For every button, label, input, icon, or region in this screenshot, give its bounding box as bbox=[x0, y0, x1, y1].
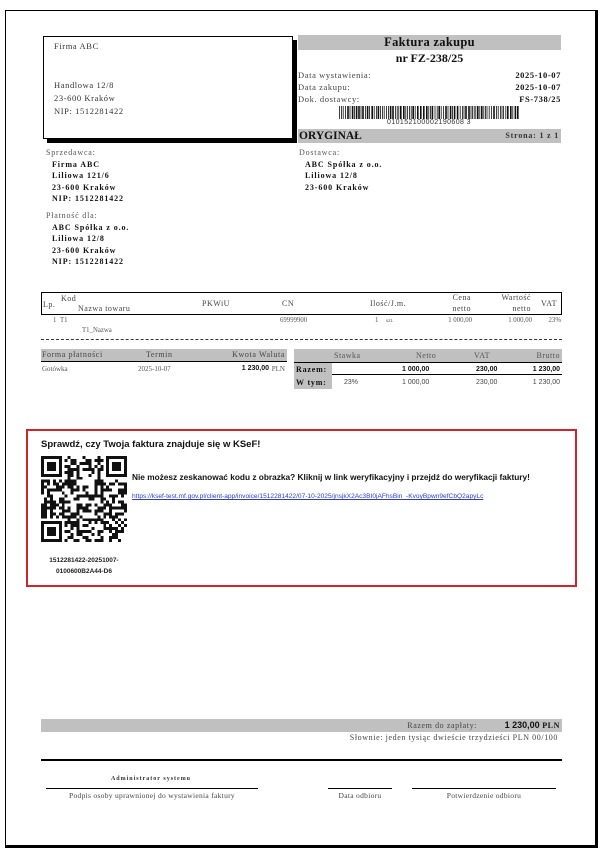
supplier-street: Liliowa 12/8 bbox=[305, 170, 382, 181]
col-value-2: netto bbox=[513, 304, 532, 313]
total-due-amount: 1 230,00 bbox=[505, 720, 540, 730]
supplier-city: 23-600 Kraków bbox=[305, 182, 382, 193]
total-due-currency: PLN bbox=[542, 721, 560, 730]
receipt-date-line bbox=[328, 788, 392, 789]
col-value-1: Wartość bbox=[501, 293, 531, 302]
supplier-block: Dostawca: ABC Spółka z o.o. Liliowa 12/8… bbox=[299, 148, 382, 193]
col-name: Nazwa towaru bbox=[78, 304, 130, 313]
vat-breakdown-net: 1 000,00 bbox=[402, 376, 429, 389]
amount-in-words: Słownie: jeden tysiąc dwieście trzydzieś… bbox=[350, 733, 558, 742]
seller-city: 23-600 Kraków bbox=[52, 182, 124, 193]
issue-date-value: 2025-10-07 bbox=[515, 69, 561, 81]
col-lp: Lp. bbox=[43, 300, 55, 309]
ksef-message: Nie możesz zeskanować kodu z obrazka? Kl… bbox=[132, 472, 530, 482]
document-number: nr FZ-238/25 bbox=[298, 51, 561, 66]
supplier-name: ABC Spółka z o.o. bbox=[305, 159, 382, 170]
vat-breakdown-row: W tym: 23% 1 000,00 230,00 1 230,00 bbox=[294, 376, 562, 389]
items-divider bbox=[41, 339, 562, 340]
vat-col-vat: VAT bbox=[474, 349, 490, 362]
purchase-date-value: 2025-10-07 bbox=[515, 81, 561, 93]
total-due-bar: Razem do zapłaty: 1 230,00 PLN bbox=[41, 719, 562, 732]
pay-currency: PLN bbox=[272, 363, 285, 375]
item-price: 1 000,00 bbox=[448, 317, 472, 324]
document-title: Faktura zakupu bbox=[298, 35, 561, 50]
page-indicator: Strona: 1 z 1 bbox=[505, 129, 559, 143]
vat-table-header: Stawka Netto VAT Brutto bbox=[294, 349, 562, 362]
vat-breakdown-vat: 230,00 bbox=[476, 376, 497, 389]
total-due-value: 1 230,00 PLN bbox=[505, 719, 560, 732]
seller-label: Sprzedawca: bbox=[46, 148, 124, 157]
supplier-label: Dostawca: bbox=[299, 148, 382, 157]
issue-date-label: Data wystawienia: bbox=[298, 70, 371, 80]
ksef-code-line-2: 0100600B2A44-D6 bbox=[34, 566, 134, 577]
item-unit: szt. bbox=[386, 317, 394, 324]
col-code: Kod bbox=[61, 294, 76, 303]
original-bar: ORYGINAŁ Strona: 1 z 1 bbox=[298, 129, 561, 143]
issuer-signature-line bbox=[46, 788, 258, 789]
issue-date-row: Data wystawienia: 2025-10-07 bbox=[298, 69, 561, 81]
seller-street: Liliowa 121/6 bbox=[52, 170, 124, 181]
purchase-date-row: Data zakupu: 2025-10-07 bbox=[298, 81, 561, 93]
payee-name: ABC Spółka z o.o. bbox=[52, 222, 129, 233]
vat-col-rate: Stawka bbox=[334, 349, 361, 362]
table-row: Gotówka 2025-10-07 1 230,00 PLN bbox=[41, 363, 287, 375]
receipt-confirmation-line bbox=[412, 788, 556, 789]
col-qty: Ilość/J.m. bbox=[370, 299, 406, 308]
invoice-page: Firma ABC Handlowa 12/8 23-600 Kraków NI… bbox=[5, 10, 598, 848]
item-code: T1 bbox=[60, 317, 68, 324]
seller-name: Firma ABC bbox=[52, 159, 124, 170]
vat-total-row: Razem: 1 000,00 230,00 1 230,00 bbox=[294, 362, 562, 375]
vat-total-label: Razem: bbox=[294, 363, 332, 376]
item-vat: 23% bbox=[549, 317, 561, 324]
pay-due: 2025-10-07 bbox=[138, 363, 171, 375]
col-vat: VAT bbox=[541, 299, 557, 308]
col-price-2: netto bbox=[453, 304, 472, 313]
payee-nip: NIP: 1512281422 bbox=[52, 256, 129, 267]
ksef-code-line-1: 1512281422-20251007- bbox=[34, 555, 134, 566]
item-value: 1 000,00 bbox=[508, 317, 532, 324]
vat-col-net: Netto bbox=[416, 349, 436, 362]
ksef-title: Sprawdź, czy Twoja faktura znajduje się … bbox=[41, 439, 260, 450]
item-name: T1_Nazwa bbox=[82, 327, 112, 334]
vat-col-gross: Brutto bbox=[537, 349, 560, 362]
receipt-date-caption: Data odbioru bbox=[328, 791, 392, 800]
payee-street: Liliowa 12/8 bbox=[52, 233, 129, 244]
vat-total-net: 1 000,00 bbox=[402, 363, 429, 376]
pay-method: Gotówka bbox=[42, 363, 68, 375]
recipient-street: Handlowa 12/8 bbox=[54, 79, 282, 92]
supplier-doc-row: Dok. dostawcy: FS-738/25 bbox=[298, 93, 561, 105]
payee-block: Płatność dla: ABC Spółka z o.o. Liliowa … bbox=[46, 211, 129, 267]
payee-city: 23-600 Kraków bbox=[52, 245, 129, 256]
items-table-header: Lp. Kod Nazwa towaru PKWiU CN Ilość/J.m.… bbox=[41, 292, 562, 315]
payment-table-header: Forma płatności Termin Kwota Waluta bbox=[41, 349, 287, 362]
seller-nip: NIP: 1512281422 bbox=[52, 193, 124, 204]
col-cn: CN bbox=[282, 299, 294, 308]
qr-code-icon bbox=[41, 456, 127, 542]
receipt-confirmation-caption: Potwierdzenie odbioru bbox=[412, 791, 556, 800]
issuer-name: Administrator systemu bbox=[46, 776, 256, 782]
issuer-caption: Podpis osoby uprawnionej do wystawienia … bbox=[46, 791, 258, 800]
ksef-verification-box: Sprawdź, czy Twoja faktura znajduje się … bbox=[26, 429, 577, 587]
recipient-name: Firma ABC bbox=[54, 40, 282, 53]
item-qty: 1 bbox=[375, 317, 378, 324]
ksef-invoice-code: 1512281422-20251007- 0100600B2A44-D6 bbox=[34, 555, 134, 577]
signature-divider bbox=[41, 759, 562, 761]
vat-total-gross: 1 230,00 bbox=[533, 363, 560, 376]
col-price-1: Cena bbox=[453, 293, 471, 302]
ksef-verification-link[interactable]: https://ksef-test.mf.gov.pl/client-app/i… bbox=[132, 492, 562, 502]
item-lp: 1 bbox=[53, 317, 56, 324]
item-cn: 69999900 bbox=[280, 317, 307, 324]
barcode-icon bbox=[339, 106, 519, 119]
pay-col-amount: Kwota Waluta bbox=[232, 349, 285, 361]
pay-amount: 1 230,00 bbox=[242, 363, 269, 375]
table-row: 1 T1 T1_Nazwa 69999900 1 szt. 1 000,00 1… bbox=[41, 317, 562, 339]
supplier-doc-value: FS-738/25 bbox=[519, 93, 561, 105]
supplier-doc-label: Dok. dostawcy: bbox=[298, 94, 360, 104]
recipient-nip: NIP: 1512281422 bbox=[54, 105, 282, 118]
payee-label: Płatność dla: bbox=[46, 211, 129, 220]
vat-breakdown-label: W tym: bbox=[294, 376, 332, 389]
vat-breakdown-gross: 1 230,00 bbox=[533, 376, 560, 389]
barcode-number: 010152100002190608 3 bbox=[339, 119, 519, 126]
seller-block: Sprzedawca: Firma ABC Liliowa 121/6 23-6… bbox=[46, 148, 124, 204]
col-pkwiu: PKWiU bbox=[202, 299, 230, 308]
recipient-city: 23-600 Kraków bbox=[54, 92, 282, 105]
original-label: ORYGINAŁ bbox=[299, 129, 362, 143]
pay-col-due: Termin bbox=[146, 349, 173, 361]
pay-col-method: Forma płatności bbox=[42, 349, 103, 361]
vat-total-vat: 230,00 bbox=[476, 363, 497, 376]
total-due-label: Razem do zapłaty: bbox=[407, 719, 477, 732]
purchase-date-label: Data zakupu: bbox=[298, 82, 350, 92]
vat-breakdown-rate: 23% bbox=[344, 376, 358, 389]
recipient-address-box: Firma ABC Handlowa 12/8 23-600 Kraków NI… bbox=[43, 36, 293, 139]
